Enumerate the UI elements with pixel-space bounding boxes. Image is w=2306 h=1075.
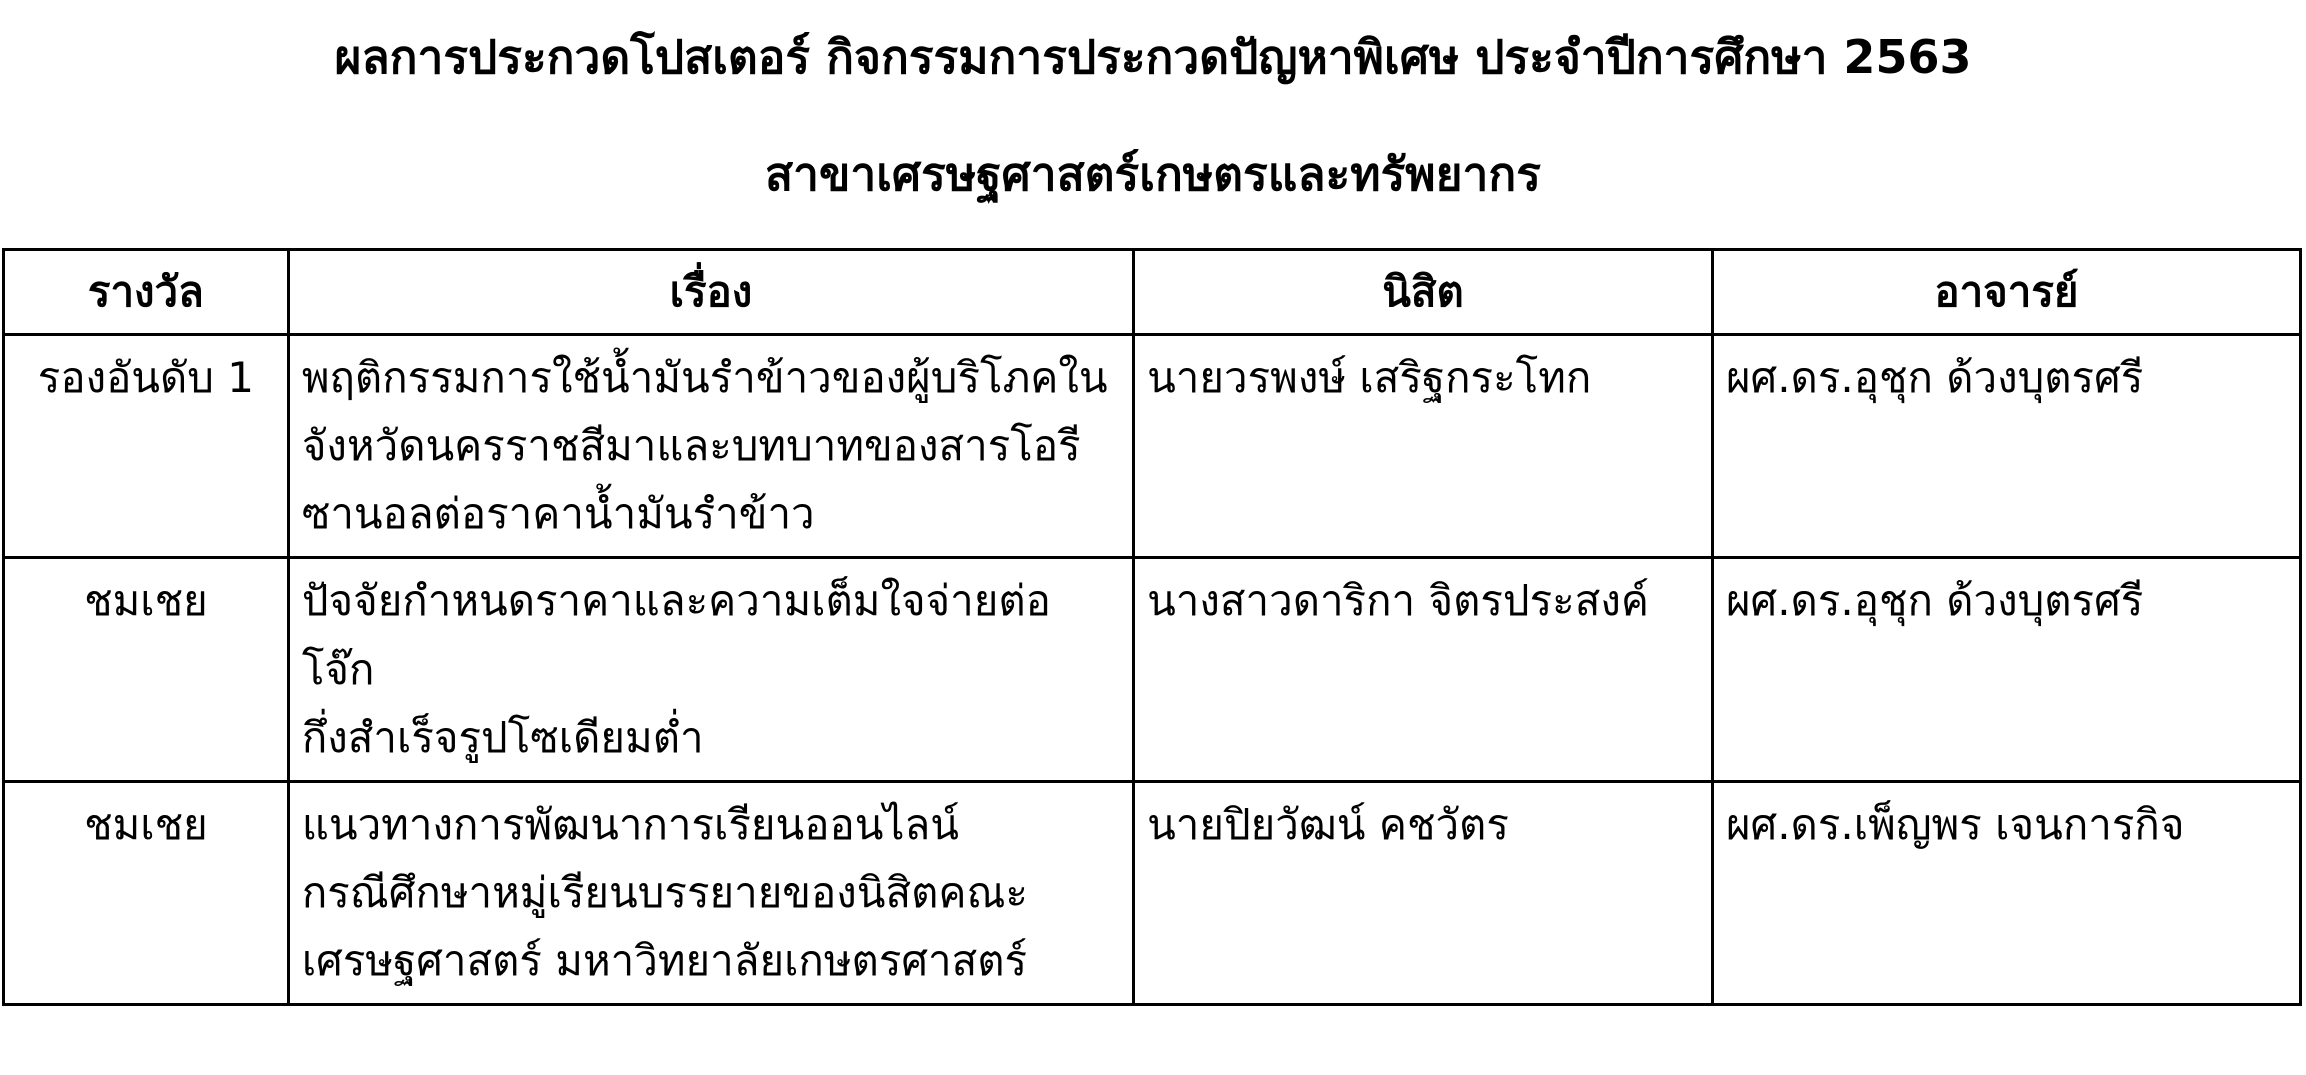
table-row: ชมเชย ปัจจัยกำหนดราคาและความเต็มใจจ่ายต่… xyxy=(4,558,2301,781)
table-header-row: รางวัล เรื่อง นิสิต อาจารย์ xyxy=(4,250,2301,335)
advisor-cell: ผศ.ดร.อุชุก ด้วงบุตรศรี xyxy=(1712,558,2300,781)
table-row: รองอันดับ 1 พฤติกรรมการใช้น้ำมันรำข้าวขอ… xyxy=(4,335,2301,558)
header-cell-award: รางวัล xyxy=(4,250,289,335)
header-cell-student: นิสิต xyxy=(1134,250,1713,335)
topic-line: เศรษฐศาสตร์ มหาวิทยาลัยเกษตรศาสตร์ xyxy=(302,927,1120,995)
award-cell: ชมเชย xyxy=(4,781,289,1004)
award-cell: ชมเชย xyxy=(4,558,289,781)
topic-line: ปัจจัยกำหนดราคาและความเต็มใจจ่ายต่อโจ๊ก xyxy=(302,567,1120,703)
advisor-cell: ผศ.ดร.เพ็ญพร เจนการกิจ xyxy=(1712,781,2300,1004)
topic-line: พฤติกรรมการใช้น้ำมันรำข้าวของผู้บริโภคใน xyxy=(302,344,1120,412)
topic-line: กรณีศึกษาหมู่เรียนบรรยายของนิสิตคณะ xyxy=(302,859,1120,927)
table-row: ชมเชย แนวทางการพัฒนาการเรียนออนไลน์ กรณี… xyxy=(4,781,2301,1004)
results-table: รางวัล เรื่อง นิสิต อาจารย์ รองอันดับ 1 … xyxy=(2,248,2302,1005)
topic-line: กึ่งสำเร็จรูปโซเดียมต่ำ xyxy=(302,704,1120,772)
topic-cell: แนวทางการพัฒนาการเรียนออนไลน์ กรณีศึกษาห… xyxy=(288,781,1133,1004)
student-cell: นายวรพงษ์ เสริฐกระโทก xyxy=(1134,335,1713,558)
advisor-cell: ผศ.ดร.อุชุก ด้วงบุตรศรี xyxy=(1712,335,2300,558)
topic-cell: พฤติกรรมการใช้น้ำมันรำข้าวของผู้บริโภคใน… xyxy=(288,335,1133,558)
topic-cell: ปัจจัยกำหนดราคาและความเต็มใจจ่ายต่อโจ๊ก … xyxy=(288,558,1133,781)
header-cell-advisor: อาจารย์ xyxy=(1712,250,2300,335)
student-cell: นายปิยวัฒน์ คชวัตร xyxy=(1134,781,1713,1004)
topic-line: จังหวัดนครราชสีมาและบทบาทของสารโอรี xyxy=(302,412,1120,480)
student-cell: นางสาวดาริกา จิตรประสงค์ xyxy=(1134,558,1713,781)
topic-line: ซานอลต่อราคาน้ำมันรำข้าว xyxy=(302,480,1120,548)
topic-line: แนวทางการพัฒนาการเรียนออนไลน์ xyxy=(302,791,1120,859)
header-cell-topic: เรื่อง xyxy=(288,250,1133,335)
award-cell: รองอันดับ 1 xyxy=(4,335,289,558)
page-subtitle: สาขาเศรษฐศาสตร์เกษตรและทรัพยากร xyxy=(20,147,2286,202)
page-title: ผลการประกวดโปสเตอร์ กิจกรรมการประกวดปัญห… xyxy=(20,30,2286,85)
